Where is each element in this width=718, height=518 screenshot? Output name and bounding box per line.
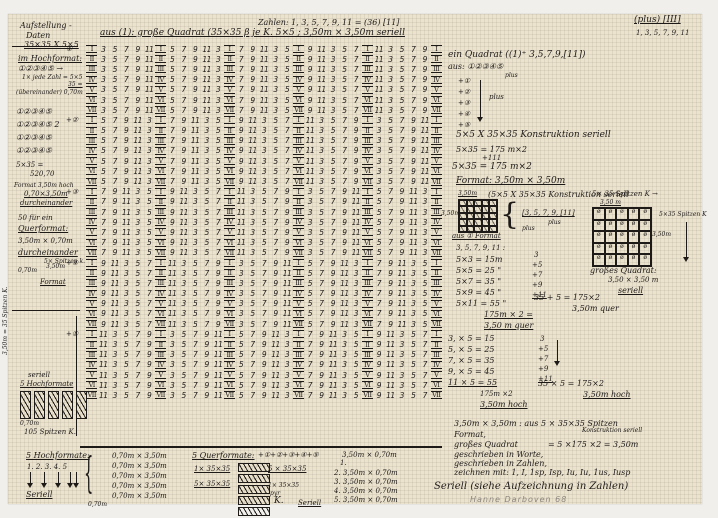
grid-cell: 9 [178,157,189,166]
grid-cell: 3 [396,371,407,380]
grid-cell: II [86,198,97,206]
grid-row: III791135III911357III113579III357911III5… [86,207,442,217]
grid-cell: 5 [339,75,350,84]
grid-cell: 7 [120,45,131,54]
grid-cell: 3 [304,218,315,227]
grid-cell: 5 [258,228,269,237]
grid-cell: IV [431,147,442,155]
grid-cell: VI [224,310,235,318]
grid-cell: 11 [385,381,396,390]
grid-cell: 11 [212,371,223,380]
querformate-first: 3,50m × 0,70m [342,452,397,459]
grid-cell: 7 [189,371,200,380]
grid-cell: 9 [339,248,350,257]
bracket-plus: plus [548,220,561,226]
grid-cell: 11 [270,350,281,359]
grid-cell: 9 [339,208,350,217]
grid-cell: 9 [178,136,189,145]
grid-cell: 7 [120,75,131,84]
grid-cell: 3 [270,55,281,64]
grid-cell: 3 [419,187,430,196]
grid-cell: 7 [396,167,407,176]
calc-line: 5×35 = 175 m×2 [452,163,532,172]
note: ①②③④⑤ [16,108,52,116]
grid-cell: 5 [339,96,350,105]
grid-cell: VII [155,320,166,328]
grid-cell: 5 [212,116,223,125]
grid-cell: 3 [281,381,292,390]
small-square-diagram [458,199,498,233]
grid-cell: 9 [97,279,108,288]
grid-cell: 11 [189,116,200,125]
grid-cell: 5 [178,340,189,349]
grid-cell: 3 [212,96,223,105]
grid-cell: VII [431,249,442,257]
grid-cell: VII [224,178,235,186]
grid-cell: 3 [120,320,131,329]
zahlen-header: Zahlen: 1, 3, 5, 7, 9, 11 = (36) [11] [258,19,399,27]
grid-cell: 7 [97,238,108,247]
grid-cell: 3 [258,126,269,135]
grid-cell: IV [224,290,235,298]
grid-cell: 9 [327,309,338,318]
grid-cell: IV [431,361,442,369]
grid-cell: 7 [327,238,338,247]
grid-cell: 7 [339,167,350,176]
grid-cell: 3 [120,269,131,278]
grid-cell: 5 [166,55,177,64]
grid-cell: 5 [316,208,327,217]
grid-cell: 7 [281,146,292,155]
grid-cell: 3 [339,340,350,349]
grid-cell: III [224,279,235,287]
grid-cell: 11 [109,259,120,268]
grid-cell: 11 [178,218,189,227]
note: Querformat: [18,225,68,233]
grid-cell: IV [224,361,235,369]
grid-cell: VI [86,239,97,247]
grid-cell: 11 [247,116,258,125]
grid-cell: 7 [97,228,108,237]
grid-cell: II [431,269,442,277]
sum-item: 3 [540,336,544,343]
grid-cell: 7 [109,126,120,135]
calc-row: 5×3 = 15m [456,256,502,264]
grid-cell: 3 [212,106,223,115]
grid-cell: 9 [281,218,292,227]
note: Format [40,279,66,286]
plus-item: +④ [458,111,470,118]
grid-cell: 9 [339,197,350,206]
grid-cell: 5 [304,269,315,278]
grid-cell: 7 [201,320,212,329]
grid-cell: 9 [201,391,212,400]
grid-cell: 11 [212,381,223,390]
grid-cell: 9 [408,126,419,135]
grid-cell: 9 [419,106,430,115]
grid-cell: 3 [166,360,177,369]
grid-cell: 9 [189,85,200,94]
grid-cell: 3 [143,116,154,125]
grid-cell: II [293,55,304,63]
grid-cell: 11 [339,279,350,288]
grid-cell: 11 [385,340,396,349]
grid-row: II579113II791135II911357II113579II357911… [86,126,442,136]
grid-cell: 7 [143,259,154,268]
grid-cell: 7 [385,187,396,196]
grid-cell: 11 [258,65,269,74]
grid-cell: 3 [350,279,361,288]
grid-cell: 9 [178,116,189,125]
grid-cell: 11 [212,350,223,359]
grid-cell: 7 [316,269,327,278]
block-label: +③ [66,188,78,196]
grid-cell: 5 [212,136,223,145]
grid-cell: 9 [281,238,292,247]
grid-cell: 3 [350,269,361,278]
grid-cell: 9 [97,320,108,329]
grid-cell: 7 [419,330,430,339]
grid-cell: 3 [373,167,384,176]
grid-cell: 5 [385,167,396,176]
note: 50 für ein [18,215,53,222]
grid-cell: 9 [419,85,430,94]
grid-cell: 11 [178,248,189,257]
grid-cell: IV [155,147,166,155]
grid-cell: 9 [396,218,407,227]
grid-cell: 5 [235,340,246,349]
grid-cell: VII [431,178,442,186]
grid-cell: 3 [419,208,430,217]
grid-cell: VI [293,167,304,175]
grid-cell: 5 [189,299,200,308]
grid-cell: 5 [212,167,223,176]
grid-cell: VII [155,391,166,399]
grid-cell: 9 [201,350,212,359]
grid-cell: 9 [396,248,407,257]
grid-cell: 11 [385,330,396,339]
grid-cell: 3 [373,146,384,155]
grid-cell: 7 [316,309,327,318]
grid-cell: VI [362,381,373,389]
grid-cell: III [431,65,442,73]
grid-cell: 7 [201,269,212,278]
grid-cell: 3 [304,238,315,247]
bottom-note: Format, [454,431,486,439]
grid-cell: 5 [270,126,281,135]
grid-cell: 11 [201,96,212,105]
grid-cell: 3 [109,371,120,380]
grid-cell: 7 [396,126,407,135]
grid-cell: 3 [178,289,189,298]
grid-cell: 7 [304,360,315,369]
grid-cell: I [362,259,373,267]
grid-cell: 7 [166,136,177,145]
grid-cell: 11 [166,269,177,278]
grid-cell: 11 [247,126,258,135]
grid-cell: 7 [143,299,154,308]
grid-cell: 5 [408,371,419,380]
grid-row: III579113III791135III911357III113579III3… [86,136,442,146]
grid-cell: 11 [304,167,315,176]
grid-row: +②I579113I791135I911357I113579I357911I [86,115,442,125]
grid-cell: 7 [350,85,361,94]
grid-cell: 5 [189,309,200,318]
querformate-stack [238,463,270,516]
grid-cell: 7 [270,248,281,257]
note: 3,50m [46,264,65,270]
grid-cell: 3 [109,391,120,400]
grid-cell: 3 [281,330,292,339]
grid-cell: 11 [396,309,407,318]
grid-cell: VII [155,178,166,186]
grid-cell: 3 [178,279,189,288]
grid-cell: 11 [408,208,419,217]
total-line2: 3,50 m quer [484,322,533,330]
grid-cell: IV [362,361,373,369]
grid-cell: 3 [247,218,258,227]
grid-cell: 5 [247,279,258,288]
grid-cell: 3 [350,289,361,298]
grid-cell: 9 [143,381,154,390]
grid-cell: 5 [419,320,430,329]
grid-cell: 7 [304,350,315,359]
grid-cell: 11 [201,65,212,74]
grid-cell: 7 [120,96,131,105]
grid-cell: VI [155,167,166,175]
grid-cell: 11 [316,65,327,74]
grid-cell: 9 [385,309,396,318]
grid-cell: IV [86,290,97,298]
grid-cell: 7 [166,126,177,135]
grid-cell: I [362,45,373,53]
grid-cell: 3 [339,381,350,390]
grid-row: VI357911VI579113VI791135VI911357VI113579… [86,95,442,105]
grid-cell: 11 [120,208,131,217]
grid-cell: 9 [109,248,120,257]
grid-cell: 11 [97,330,108,339]
grid-cell: 11 [258,55,269,64]
grid-cell: 11 [97,391,108,400]
grid-cell: 5 [201,218,212,227]
grid-cell: 9 [120,116,131,125]
grid-cell: 9 [189,106,200,115]
grid-cell: 11 [109,289,120,298]
grid-cell: 3 [258,136,269,145]
grid-cell: 3 [419,218,430,227]
grid-cell: VII [431,106,442,114]
dimension-label: 3,50m = 35 Spitzen K. [3,286,9,355]
grid-cell: 5 [350,381,361,390]
grid-cell: 7 [258,299,269,308]
grid-cell: 5 [385,157,396,166]
grid-cell: 7 [385,238,396,247]
grid-cell: 7 [212,187,223,196]
grid-cell: 11 [247,167,258,176]
grid-cell: 7 [201,259,212,268]
grid-cell: 7 [327,218,338,227]
grid-cell: 9 [327,279,338,288]
grid-cell: V [155,157,166,165]
grid-cell: 5 [178,350,189,359]
bottom-note: = 5 ×175 ×2 = 3,50m [548,441,638,449]
grid-cell: 7 [304,381,315,390]
grid-cell: 7 [408,55,419,64]
brace: { [500,200,519,230]
note: (übereinander) 0,70m [16,90,83,96]
grid-cell: 3 [132,187,143,196]
grid-cell: 3 [373,157,384,166]
grid-cell: III [293,65,304,73]
grid-cell: V [224,371,235,379]
grid-cell: 9 [189,45,200,54]
calc-row: 5×5 = 25 " [456,267,501,275]
big-square-right-label: 5×35 Spitzen K [659,212,707,218]
grid-cell: 9 [304,55,315,64]
grid-cell: 7 [212,218,223,227]
grid-cell: 5 [339,45,350,54]
grid-cell: 7 [419,360,430,369]
big-square-top-label: 5× 35 Spitzen K → [592,191,658,198]
querformate-seriell: Seriell [298,500,321,507]
grid-cell: 9 [304,96,315,105]
grid-cell: VI [293,310,304,318]
grid-cell: II [155,341,166,349]
grid-cell: 5 [408,350,419,359]
grid-cell: 3 [120,289,131,298]
grid-cell: 7 [178,75,189,84]
grid-cell: 3 [385,106,396,115]
grid-cell: 11 [339,309,350,318]
grid-cell: 7 [235,106,246,115]
grid-cell: VI [224,96,235,104]
grid-cell: 5 [304,309,315,318]
grid-cell: 11 [201,45,212,54]
grid-cell: 9 [339,218,350,227]
grid-cell: 5 [120,371,131,380]
total-line: 175m ×2 [480,391,513,398]
grid-cell: III [293,208,304,216]
grid-cell: 9 [189,75,200,84]
grid-cell: 11 [109,309,120,318]
grid-cell: 11 [339,299,350,308]
grid-cell: 7 [419,391,430,400]
grid-cell: I [155,116,166,124]
grid-cell: 11 [270,340,281,349]
grid-cell: 7 [270,238,281,247]
grid-cell: 11 [97,381,108,390]
grid-cell: 7 [189,391,200,400]
grid-cell: 7 [120,55,131,64]
grid-cell: II [293,198,304,206]
grid-cell: 11 [143,45,154,54]
grid-cell: 5 [339,85,350,94]
grid-cell: 7 [350,55,361,64]
grid-cell: 9 [97,289,108,298]
grid-cell: 11 [132,157,143,166]
grid-cell: 11 [419,177,430,186]
grid-cell: 5 [281,55,292,64]
grid-cell: 5 [120,391,131,400]
grid-cell: IV [293,361,304,369]
grid-cell: 3 [201,146,212,155]
grid-cell: 7 [281,136,292,145]
grid-cell: 5 [304,320,315,329]
grid-cell: 11 [350,208,361,217]
grid-cell: 5 [97,126,108,135]
grid-cell: 9 [408,177,419,186]
grid-cell: 11 [304,136,315,145]
grid-cell: 7 [304,340,315,349]
grid-cell: 11 [235,228,246,237]
grid-cell: 7 [166,167,177,176]
grid-cell: 7 [166,116,177,125]
grid-cell: 3 [97,65,108,74]
grid-cell: 3 [235,309,246,318]
querformate-b: 5× 35×35 [194,481,230,488]
note: Daten [26,32,50,40]
grid-cell: 7 [178,55,189,64]
grid-cell: 9 [373,360,384,369]
grid-cell: I [224,45,235,53]
grid-cell: 7 [235,75,246,84]
grid-cell: 9 [132,45,143,54]
grid-cell: 7 [304,391,315,400]
grid-cell: 3 [97,96,108,105]
grid-cell: 3 [281,350,292,359]
grid-cell: 9 [132,85,143,94]
quer-item: 3. 3,50m × 0,70m [334,479,398,486]
grid-cell: 3 [109,360,120,369]
grid-cell: 5 [166,65,177,74]
grid-cell: I [362,116,373,124]
querformate-a: 1× 35×35 [194,466,230,473]
calc-row: 5×9 = 45 " [456,289,501,297]
grid-cell: 7 [408,65,419,74]
grid-cell: 7 [258,269,269,278]
querformate-d: 1× 35×35 [268,483,299,489]
grid-cell: 5 [132,320,143,329]
grid-cell: 3 [201,167,212,176]
grid-cell: 9 [258,371,269,380]
grid-cell: 9 [143,340,154,349]
grid-cell: I [293,45,304,53]
aus-format-label: aus ① Format [452,233,501,240]
grid-cell: 5 [143,197,154,206]
grid-cell: 7 [178,45,189,54]
grid-cell: 9 [396,187,407,196]
grid-row: IV791135IV911357IV113579IV357911IV579113… [86,217,442,227]
bottom-note: großes Quadrat [454,441,518,449]
grid-cell: 5 [373,248,384,257]
grid-cell: I [293,116,304,124]
grid-cell: IV [86,218,97,226]
grid-cell: 7 [327,187,338,196]
grid-cell: 11 [350,248,361,257]
grid-cell: 5 [373,197,384,206]
grid-cell: 11 [350,218,361,227]
grid-cell: 3 [178,320,189,329]
grid-cell: 3 [143,136,154,145]
grid-cell: 9 [235,177,246,186]
grid-cell: 11 [212,391,223,400]
grid-cell: 11 [97,340,108,349]
big-square-diagram: øøøøøøøøøøøøøøøøøøøøøøøøø [592,207,652,267]
grid-cell: VII [86,249,97,257]
grid-cell: II [86,55,97,63]
grid-cell: V [86,300,97,308]
grid-cell: 3 [350,299,361,308]
